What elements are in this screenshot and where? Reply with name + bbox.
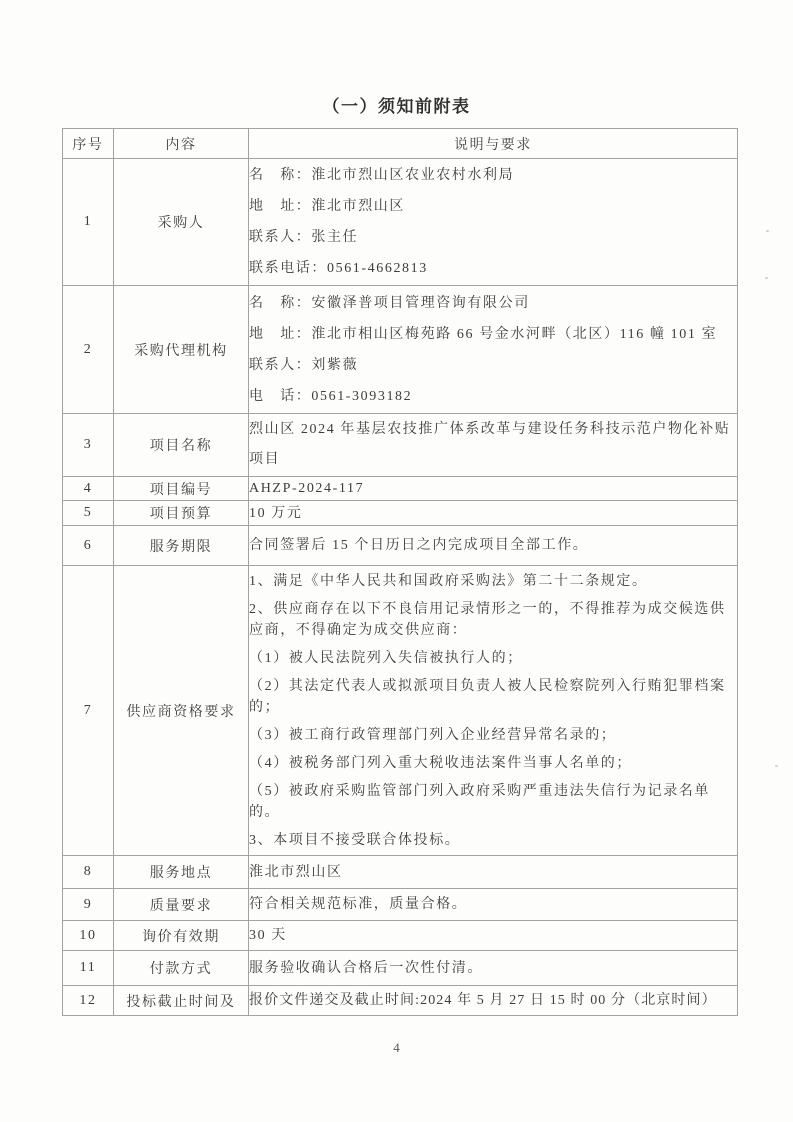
content-line: （2）其法定代表人或拟派项目负责人被人民检察院列入行贿犯罪档案的； xyxy=(249,676,737,718)
table-row: 6服务期限合同签署后 15 个日历日之内完成项目全部工作。 xyxy=(63,526,738,566)
table-row: 3项目名称烈山区 2024 年基层农技推广体系改革与建设任务科技示范户物化补贴项… xyxy=(63,414,738,477)
table-row: 9质量要求符合相关规范标准，质量合格。 xyxy=(63,889,738,921)
table-row: 11付款方式服务验收确认合格后一次性付清。 xyxy=(63,951,738,986)
row-content-cell: 名 称：安徽泽普项目管理咨询有限公司地 址：淮北市相山区梅苑路 66 号金水河畔… xyxy=(249,286,738,414)
row-number-cell: 2 xyxy=(63,286,114,414)
content-line: 联系人：刘紫薇 xyxy=(249,350,737,381)
content-line: （1）被人民法院列入失信被执行人的； xyxy=(249,648,737,669)
row-number-cell: 3 xyxy=(63,414,114,477)
content-line: AHZP-2024-117 xyxy=(249,478,737,499)
row-number-cell: 7 xyxy=(63,566,114,856)
row-number-cell: 6 xyxy=(63,526,114,566)
table-row: 10询价有效期30 天 xyxy=(63,921,738,951)
content-line: 烈山区 2024 年基层农技推广体系改革与建设任务科技示范户物化补贴项目 xyxy=(249,415,737,475)
content-line: 2、供应商存在以下不良信用记录情形之一的，不得推荐为成交候选供应商，不得确定为成… xyxy=(249,599,737,641)
content-line: 淮北市烈山区 xyxy=(249,862,737,883)
table-header-row: 序号 内容 说明与要求 xyxy=(63,129,738,159)
row-content-cell: 淮北市烈山区 xyxy=(249,856,738,889)
row-label-cell: 服务期限 xyxy=(114,526,249,566)
table-row: 2采购代理机构名 称：安徽泽普项目管理咨询有限公司地 址：淮北市相山区梅苑路 6… xyxy=(63,286,738,414)
row-content-cell: 10 万元 xyxy=(249,501,738,526)
content-line: 名 称：淮北市烈山区农业农村水利局 xyxy=(249,160,737,191)
row-label-cell: 采购代理机构 xyxy=(114,286,249,414)
row-label-cell: 付款方式 xyxy=(114,951,249,986)
content-line: 服务验收确认合格后一次性付清。 xyxy=(249,958,737,979)
row-label-cell: 采购人 xyxy=(114,159,249,286)
content-line: 3、本项目不接受联合体投标。 xyxy=(249,830,737,851)
row-label-cell: 质量要求 xyxy=(114,889,249,921)
row-label-cell: 项目预算 xyxy=(114,501,249,526)
table-row: 12投标截止时间及报价文件递交及截止时间:2024 年 5 月 27 日 15 … xyxy=(63,986,738,1016)
row-number-cell: 9 xyxy=(63,889,114,921)
row-number-cell: 10 xyxy=(63,921,114,951)
row-content-cell: AHZP-2024-117 xyxy=(249,477,738,501)
table-row: 1采购人名 称：淮北市烈山区农业农村水利局地 址：淮北市烈山区联系人：张主任联系… xyxy=(63,159,738,286)
page-number: 4 xyxy=(0,1040,793,1056)
content-line: 电 话：0561-3093182 xyxy=(249,381,737,412)
content-line: 名 称：安徽泽普项目管理咨询有限公司 xyxy=(249,288,737,319)
content-line: 30 天 xyxy=(249,925,737,946)
row-label-cell: 供应商资格要求 xyxy=(114,566,249,856)
table-row: 7供应商资格要求1、满足《中华人民共和国政府采购法》第二十二条规定。2、供应商存… xyxy=(63,566,738,856)
row-number-cell: 12 xyxy=(63,986,114,1016)
row-number-cell: 11 xyxy=(63,951,114,986)
row-number-cell: 1 xyxy=(63,159,114,286)
table-row: 4项目编号AHZP-2024-117 xyxy=(63,477,738,501)
row-content-cell: 30 天 xyxy=(249,921,738,951)
scan-speck xyxy=(765,277,768,279)
row-content-cell: 烈山区 2024 年基层农技推广体系改革与建设任务科技示范户物化补贴项目 xyxy=(249,414,738,477)
content-line: （3）被工商行政管理部门列入企业经营异常名录的； xyxy=(249,725,737,746)
content-line: 1、满足《中华人民共和国政府采购法》第二十二条规定。 xyxy=(249,571,737,592)
row-label-cell: 服务地点 xyxy=(114,856,249,889)
scan-speck xyxy=(775,765,778,767)
row-content-cell: 合同签署后 15 个日历日之内完成项目全部工作。 xyxy=(249,526,738,566)
row-label-cell: 询价有效期 xyxy=(114,921,249,951)
content-line: （5）被政府采购监管部门列入政府采购严重违法失信行为记录名单的。 xyxy=(249,781,737,823)
row-content-cell: 报价文件递交及截止时间:2024 年 5 月 27 日 15 时 00 分（北京… xyxy=(249,986,738,1016)
row-content-cell: 1、满足《中华人民共和国政府采购法》第二十二条规定。2、供应商存在以下不良信用记… xyxy=(249,566,738,856)
row-label-cell: 项目编号 xyxy=(114,477,249,501)
row-number-cell: 8 xyxy=(63,856,114,889)
content-line: 10 万元 xyxy=(249,503,737,524)
content-line: 报价文件递交及截止时间:2024 年 5 月 27 日 15 时 00 分（北京… xyxy=(249,990,737,1011)
content-line: 联系人：张主任 xyxy=(249,222,737,253)
row-number-cell: 4 xyxy=(63,477,114,501)
table-row: 5项目预算10 万元 xyxy=(63,501,738,526)
row-content-cell: 名 称：淮北市烈山区农业农村水利局地 址：淮北市烈山区联系人：张主任联系电话：0… xyxy=(249,159,738,286)
column-header-requirements: 说明与要求 xyxy=(249,129,738,159)
content-line: 地 址：淮北市烈山区 xyxy=(249,191,737,222)
row-label-cell: 投标截止时间及 xyxy=(114,986,249,1016)
content-line: 合同签署后 15 个日历日之内完成项目全部工作。 xyxy=(249,535,737,556)
column-header-content: 内容 xyxy=(114,129,249,159)
row-content-cell: 符合相关规范标准，质量合格。 xyxy=(249,889,738,921)
row-number-cell: 5 xyxy=(63,501,114,526)
row-label-cell: 项目名称 xyxy=(114,414,249,477)
prebid-notice-table: 序号 内容 说明与要求 1采购人名 称：淮北市烈山区农业农村水利局地 址：淮北市… xyxy=(62,128,738,1016)
content-line: （4）被税务部门列入重大税收违法案件当事人名单的； xyxy=(249,753,737,774)
row-content-cell: 服务验收确认合格后一次性付清。 xyxy=(249,951,738,986)
column-header-index: 序号 xyxy=(63,129,114,159)
scan-speck xyxy=(766,230,769,232)
document-title: （一）须知前附表 xyxy=(0,92,793,117)
content-line: 符合相关规范标准，质量合格。 xyxy=(249,894,737,915)
table-row: 8服务地点淮北市烈山区 xyxy=(63,856,738,889)
content-line: 地 址：淮北市相山区梅苑路 66 号金水河畔（北区）116 幢 101 室 xyxy=(249,319,737,350)
content-line: 联系电话：0561-4662813 xyxy=(249,253,737,284)
